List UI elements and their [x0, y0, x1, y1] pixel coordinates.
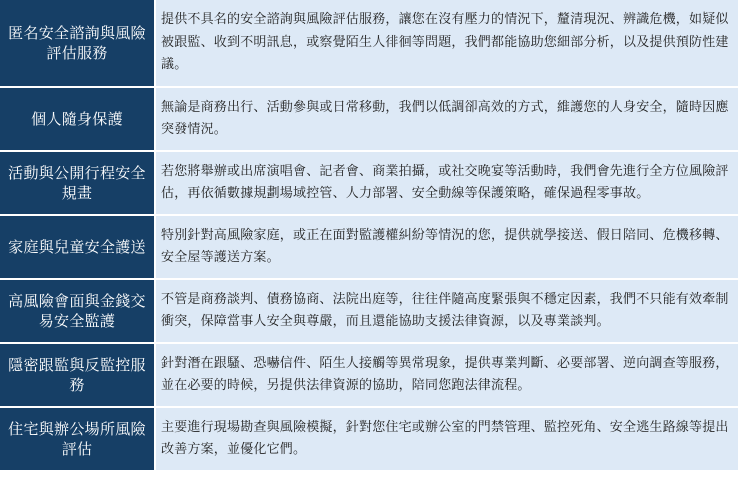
table-row: 活動與公開行程安全規畫 若您將舉辦或出席演唱會、記者會、商業拍攝，或社交晚宴等活…: [0, 151, 738, 215]
service-description: 不管是商務談判、債務協商、法院出庭等，往往伴隨高度緊張與不穩定因素，我們不只能有…: [155, 279, 738, 343]
service-name: 高風險會面與金錢交易安全監護: [0, 279, 155, 343]
service-name: 家庭與兒童安全護送: [0, 215, 155, 279]
table-row: 匿名安全諮詢與風險評估服務 提供不具名的安全諮詢與風險評估服務，讓您在沒有壓力的…: [0, 0, 738, 87]
service-name: 活動與公開行程安全規畫: [0, 151, 155, 215]
table-row: 高風險會面與金錢交易安全監護 不管是商務談判、債務協商、法院出庭等，往往伴隨高度…: [0, 279, 738, 343]
service-name: 隱密跟監與反監控服務: [0, 343, 155, 407]
service-name: 住宅與辦公場所風險評估: [0, 407, 155, 471]
service-description: 主要進行現場勘查與風險模擬，針對您住宅或辦公室的門禁管理、監控死角、安全逃生路線…: [155, 407, 738, 471]
service-description: 提供不具名的安全諮詢與風險評估服務，讓您在沒有壓力的情況下，釐清現況、辨識危機，…: [155, 0, 738, 87]
table-row: 住宅與辦公場所風險評估 主要進行現場勘查與風險模擬，針對您住宅或辦公室的門禁管理…: [0, 407, 738, 471]
table-row: 隱密跟監與反監控服務 針對潛在跟騷、恐嚇信件、陌生人接觸等異常現象，提供專業判斷…: [0, 343, 738, 407]
services-table: 匿名安全諮詢與風險評估服務 提供不具名的安全諮詢與風險評估服務，讓您在沒有壓力的…: [0, 0, 738, 472]
service-name: 個人隨身保護: [0, 87, 155, 151]
service-description: 針對潛在跟騷、恐嚇信件、陌生人接觸等異常現象，提供專業判斷、必要部署、逆向調查等…: [155, 343, 738, 407]
service-name: 匿名安全諮詢與風險評估服務: [0, 0, 155, 87]
table-row: 個人隨身保護 無論是商務出行、活動參與或日常移動，我們以低調卻高效的方式，維護您…: [0, 87, 738, 151]
service-description: 無論是商務出行、活動參與或日常移動，我們以低調卻高效的方式，維護您的人身安全，隨…: [155, 87, 738, 151]
service-description: 特別針對高風險家庭，或正在面對監護權糾紛等情況的您，提供就學接送、假日陪同、危機…: [155, 215, 738, 279]
service-description: 若您將舉辦或出席演唱會、記者會、商業拍攝，或社交晚宴等活動時，我們會先進行全方位…: [155, 151, 738, 215]
table-row: 家庭與兒童安全護送 特別針對高風險家庭，或正在面對監護權糾紛等情況的您，提供就學…: [0, 215, 738, 279]
